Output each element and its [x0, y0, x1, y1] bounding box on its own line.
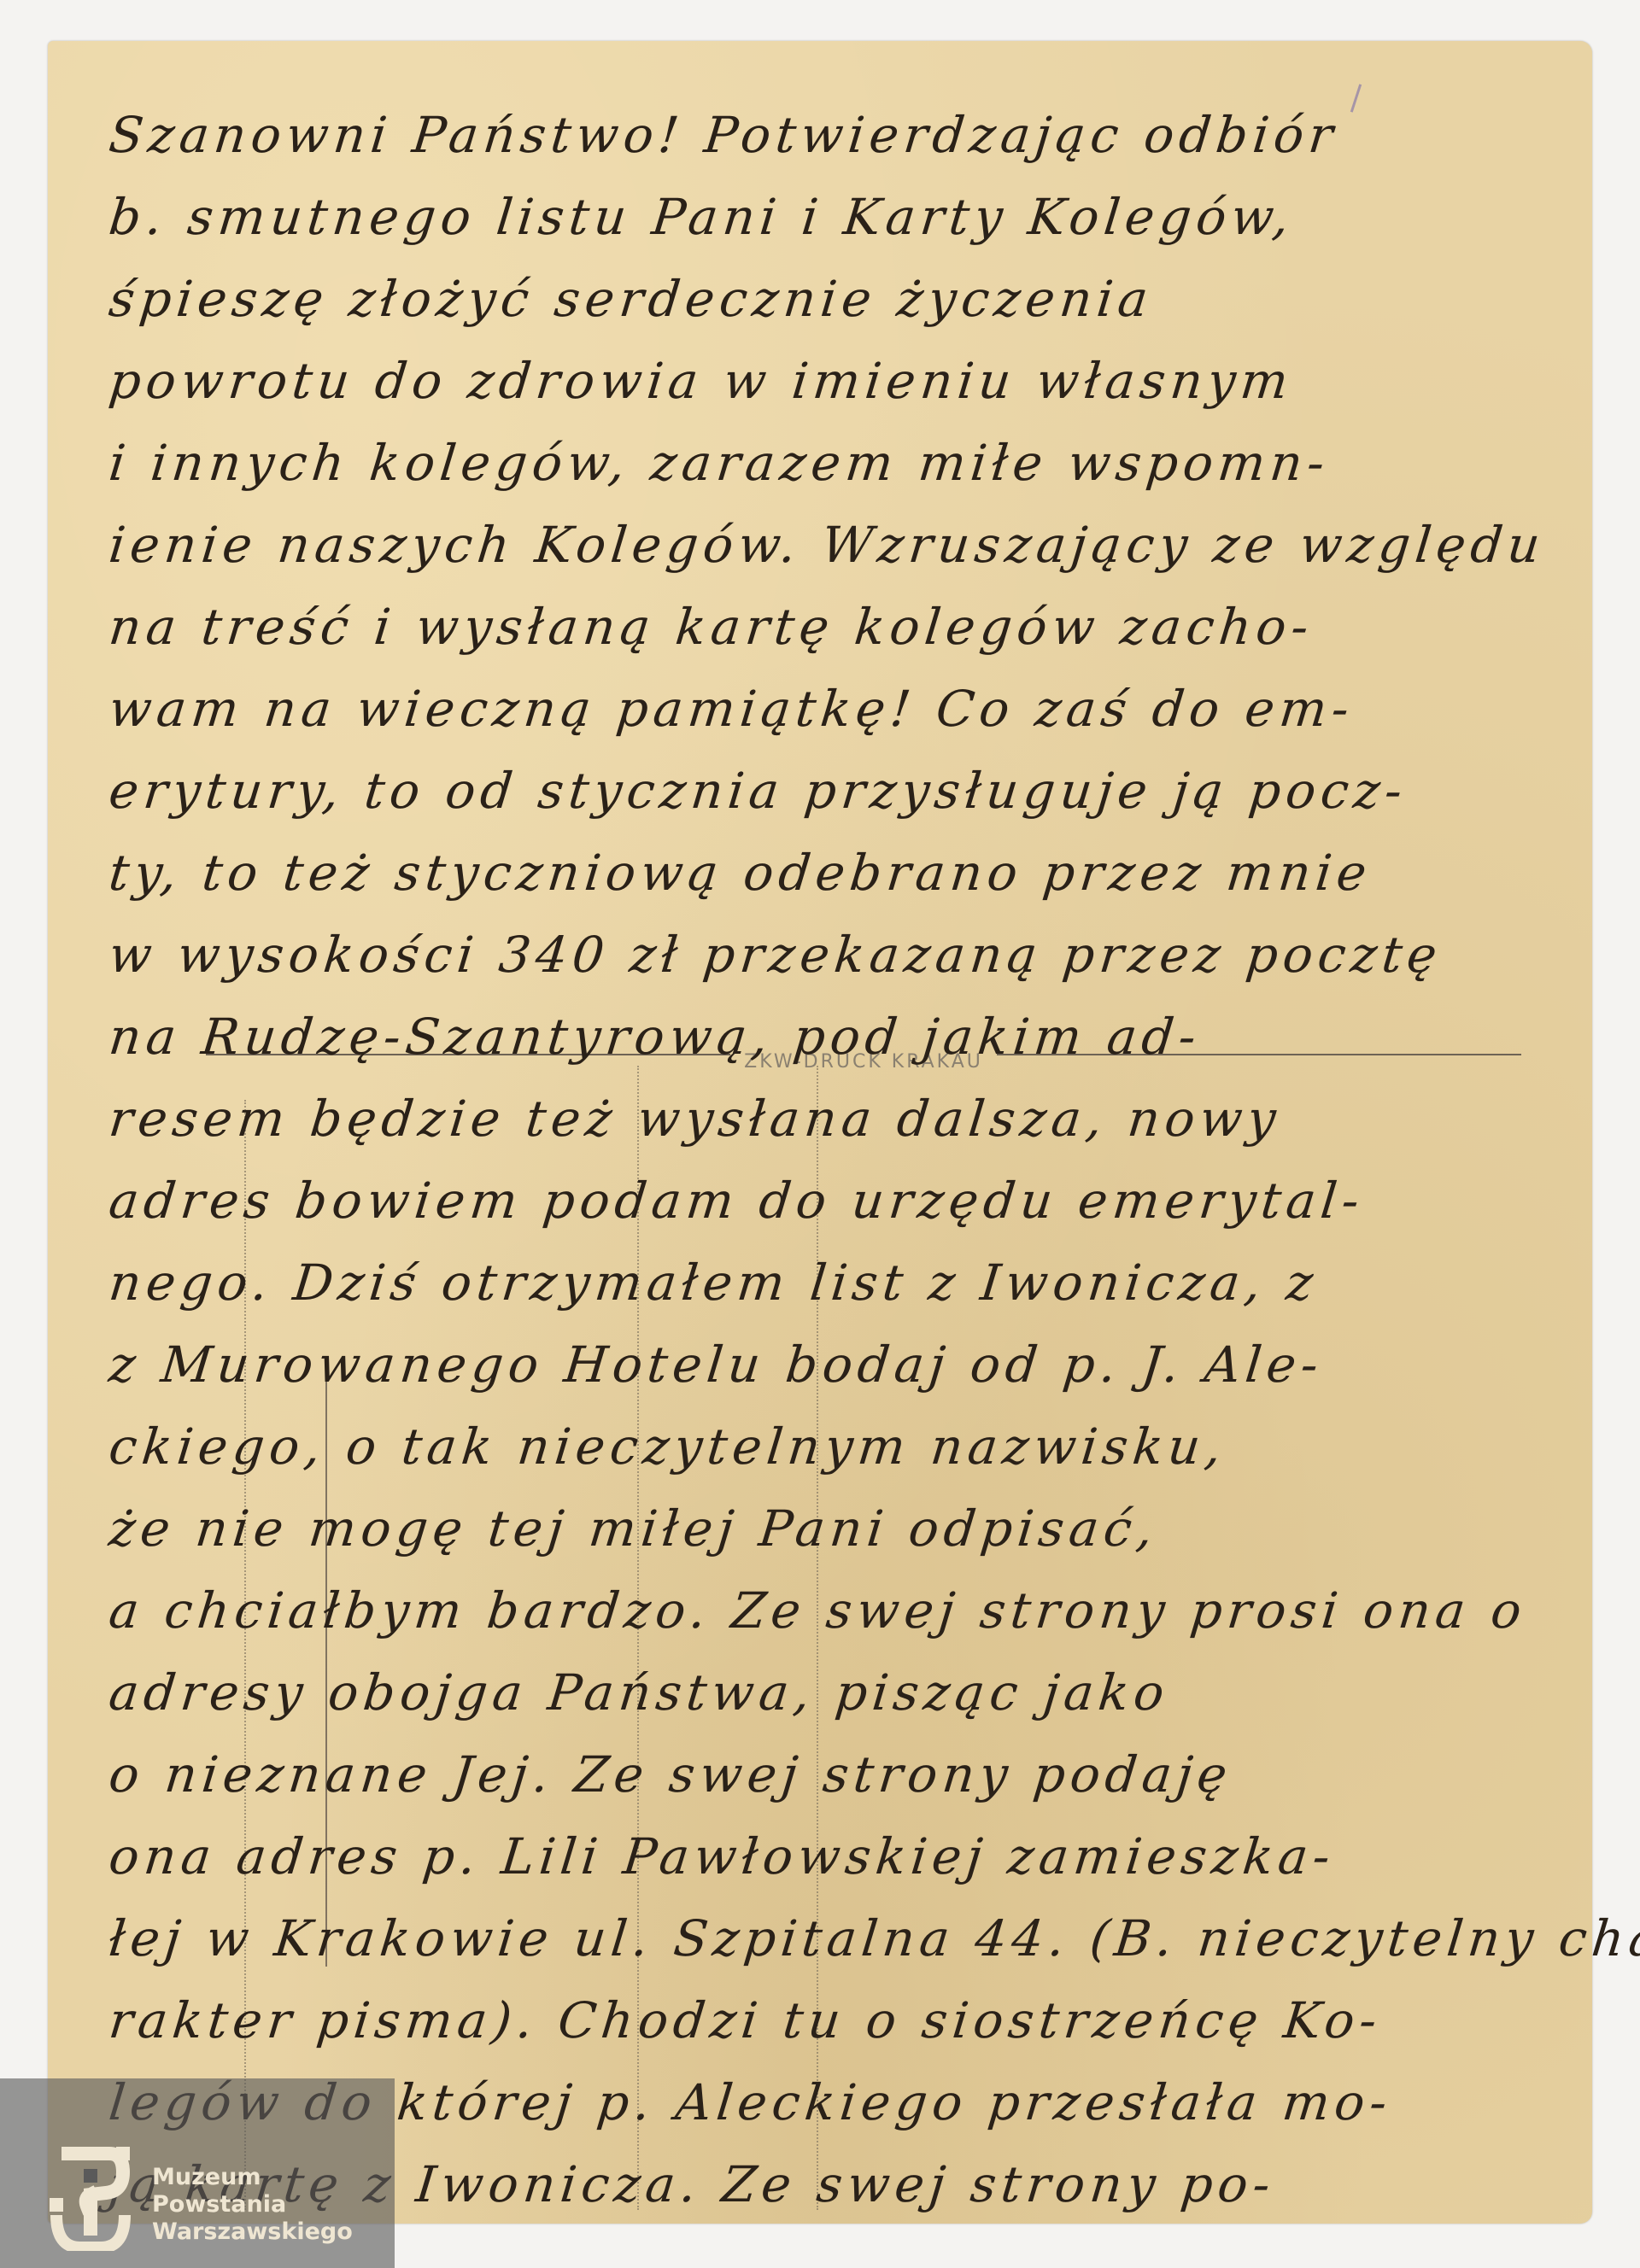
text-line: i innych kolegów, zarazem miłe wspomn-	[105, 422, 1549, 504]
museum-name: Muzeum Powstania Warszawskiego	[152, 2164, 353, 2246]
text-line: na Rudzę-Szantyrową, pod jakim ad-	[105, 996, 1549, 1078]
text-line: na treść i wysłaną kartę kolegów zacho-	[105, 586, 1549, 668]
text-line: ienie naszych Kolegów. Wzruszający ze wz…	[105, 504, 1549, 586]
text-line: erytury, to od stycznia przysługuje ją p…	[105, 750, 1549, 832]
text-line: ona adres p. Lili Pawłowskiej zamieszka-	[105, 1815, 1549, 1897]
text-line: Szanowni Państwo! Potwierdzając odbiór	[105, 94, 1549, 176]
text-line: z Murowanego Hotelu bodaj od p. J. Ale-	[105, 1324, 1549, 1406]
text-line: ckiego, o tak nieczytelnym nazwisku,	[105, 1406, 1549, 1488]
text-line: b. smutnego listu Pani i Karty Kolegów,	[105, 176, 1549, 258]
text-line: nego. Dziś otrzymałem list z Iwonicza, z	[105, 1242, 1549, 1324]
text-line: wam na wieczną pamiątkę! Co zaś do em-	[105, 668, 1549, 750]
postcard: ZKW-DRUCK KRAKAU Szanowni Państwo! Potwi…	[48, 41, 1592, 2224]
museum-watermark: Muzeum Powstania Warszawskiego	[0, 2078, 395, 2268]
text-line: adres bowiem podam do urzędu emerytal-	[105, 1160, 1549, 1242]
text-line: łej w Krakowie ul. Szpitalna 44. (B. nie…	[105, 1897, 1549, 1979]
museum-name-line: Muzeum	[152, 2164, 353, 2191]
text-line: o nieznane Jej. Ze swej strony podaję	[105, 1733, 1549, 1815]
text-line: że nie mogę tej miłej Pani odpisać,	[105, 1488, 1549, 1569]
text-line: rakter pisma). Chodzi tu o siostrzeńcę K…	[105, 1979, 1549, 2061]
text-line: śpieszę złożyć serdecznie życzenia	[105, 258, 1549, 340]
text-line: powrotu do zdrowia w imieniu własnym	[105, 340, 1549, 422]
text-line: a chciałbym bardzo. Ze swej strony prosi…	[105, 1569, 1549, 1651]
museum-name-line: Warszawskiego	[152, 2218, 353, 2246]
kotwica-anchor-icon	[50, 2147, 135, 2251]
museum-name-line: Powstania	[152, 2191, 353, 2218]
handwritten-text: Szanowni Państwo! Potwierdzając odbiór b…	[109, 94, 1544, 2225]
text-line: adresy obojga Państwa, pisząc jako	[105, 1651, 1549, 1733]
text-line: ty, to też styczniową odebrano przez mni…	[105, 832, 1549, 914]
text-line: w wysokości 340 zł przekazaną przez pocz…	[105, 914, 1549, 996]
text-line: resem będzie też wysłana dalsza, nowy	[105, 1078, 1549, 1160]
